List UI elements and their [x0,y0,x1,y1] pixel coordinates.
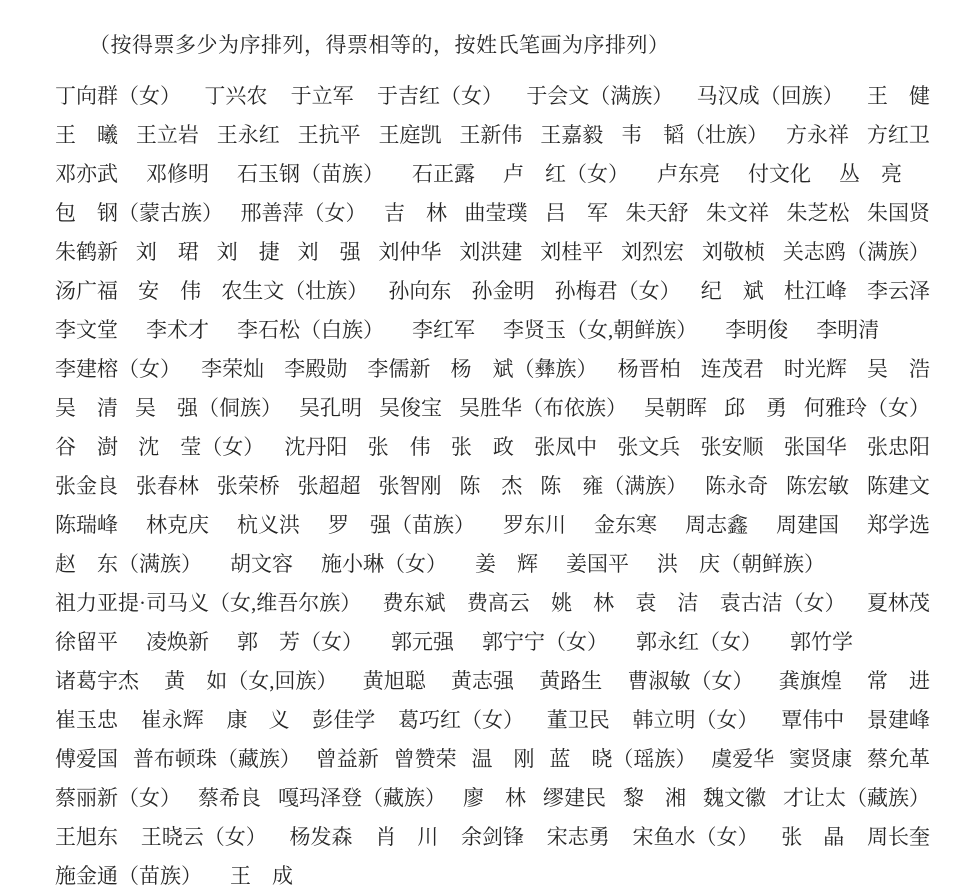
name-entry: 祖力亚提·司马义（女,维吾尔族） [55,587,361,617]
name-entry: 姜国平 [566,548,629,578]
name-entry: 陈永奇 [705,470,768,500]
name-entry: 邓修明 [146,158,209,188]
name-entry: 施小琳（女） [321,548,447,578]
name-entry: 虞爱华 [711,743,774,773]
name-entry: 杨发森 [290,821,353,851]
name-entry: 李殿勋 [284,353,347,383]
name-entry: 李贤玉（女,朝鲜族） [503,314,697,344]
name-entry: 姚 林 [551,587,614,617]
name-entry: 于吉红（女） [377,80,503,110]
name-entry: 石玉钢（苗族） [237,158,384,188]
name-row: 朱鹤新刘 珺刘 捷刘 强刘仲华刘洪建刘桂平刘烈宏刘敬桢关志鸥（满族） [55,231,930,270]
name-entry: 邢善萍（女） [241,197,367,227]
name-entry: 李明清 [816,314,879,344]
name-entry: 曲莹璞 [465,197,528,227]
name-entry: 谷 澍 [55,431,118,461]
name-entry: 杜江峰 [784,275,847,305]
name-entry: 于立军 [291,80,354,110]
name-row: 徐留平凌焕新郭 芳（女）郭元强郭宁宁（女）郭永红（女）郭竹学 [55,621,930,660]
name-row: 王旭东王晓云（女）杨发森肖 川余剑锋宋志勇宋鱼水（女）张 晶周长奎 [55,816,930,855]
name-entry: 王旭东 [55,821,118,851]
name-entry: 袁古洁（女） [720,587,846,617]
name-entry: 蔡希良 [198,782,261,812]
name-entry: 王抗平 [298,119,361,149]
name-entry: 刘 捷 [217,236,280,266]
name-entry: 彭佳学 [312,704,375,734]
name-entry: 施金通（苗族） [55,860,202,890]
name-entry: 李明俊 [725,314,788,344]
name-entry: 陈宏敏 [786,470,849,500]
name-entry: 吕 军 [545,197,608,227]
name-entry: 朱天舒 [626,197,689,227]
name-entry: 王立岩 [136,119,199,149]
name-entry: 张超超 [298,470,361,500]
name-entry: 嘎玛泽登（藏族） [278,782,446,812]
name-entry: 方红卫 [867,119,930,149]
name-entry: 徐留平 [55,626,118,656]
name-entry: 付文化 [748,158,811,188]
name-entry: 葛巧红（女） [398,704,524,734]
name-entry: 刘敬桢 [702,236,765,266]
name-entry: 周长奎 [867,821,930,851]
name-entry: 李荣灿 [201,353,264,383]
name-entry: 卢 红（女） [503,158,629,188]
name-entry: 张 政 [451,431,514,461]
name-row: 诸葛宇杰黄 如（女,回族）黄旭聪黄志强黄路生曹淑敏（女）龚旗煌常 进 [55,660,930,699]
name-entry: 马汉成（回族） [697,80,844,110]
name-entry: 张文兵 [617,431,680,461]
name-entry: 王晓云（女） [141,821,267,851]
name-row: 汤广福安 伟农生文（壮族）孙向东孙金明孙梅君（女）纪 斌杜江峰李云泽 [55,270,930,309]
name-entry: 袁 洁 [635,587,698,617]
name-entry: 罗东川 [503,509,566,539]
name-row: 施金通（苗族）王 成 [55,855,930,894]
name-entry: 张国华 [784,431,847,461]
name-entry: 赵 东（满族） [55,548,202,578]
name-entry: 张安顺 [701,431,764,461]
name-entry: 关志鸥（满族） [783,236,930,266]
name-entry: 王 健 [867,80,930,110]
name-entry: 刘桂平 [540,236,603,266]
name-entry: 崔永辉 [141,704,204,734]
name-row: 傅爱国普布顿珠（藏族）曾益新曾赞荣温 刚蓝 晓（瑶族）虞爱华窦贤康蔡允革 [55,738,930,777]
name-entry: 沈丹阳 [284,431,347,461]
name-entry: 魏文徽 [703,782,766,812]
name-entry: 刘 强 [298,236,361,266]
name-entry: 丁兴农 [204,80,267,110]
name-entry: 张春林 [136,470,199,500]
name-entry: 黄 如（女,回族） [164,665,337,695]
name-entry: 蔡丽新（女） [55,782,181,812]
name-entry: 郭元强 [391,626,454,656]
name-entry: 张荣桥 [217,470,280,500]
name-entry: 胡文容 [230,548,293,578]
name-entry: 纪 斌 [701,275,764,305]
name-entry: 丁向群（女） [55,80,181,110]
name-entry: 郭竹学 [790,626,853,656]
name-entry: 费高云 [467,587,530,617]
name-entry: 黄旭聪 [363,665,426,695]
name-entry: 陈 雍（满族） [540,470,687,500]
name-entry: 董卫民 [547,704,610,734]
name-entry: 刘烈宏 [621,236,684,266]
name-entry: 曹淑敏（女） [628,665,754,695]
name-entry: 李石松（白族） [237,314,384,344]
name-row: 李建榕（女）李荣灿李殿勋李儒新杨 斌（彝族）杨晋柏连茂君时光辉吴 浩 [55,348,930,387]
name-entry: 才让太（藏族） [783,782,930,812]
name-entry: 王嘉毅 [540,119,603,149]
name-entry: 凌焕新 [146,626,209,656]
name-entry: 丛 亮 [839,158,902,188]
name-entry: 王庭凯 [379,119,442,149]
name-entry: 龚旗煌 [779,665,842,695]
name-row: 谷 澍沈 莹（女）沈丹阳张 伟张 政张凤中张文兵张安顺张国华张忠阳 [55,426,930,465]
name-entry: 周建国 [776,509,839,539]
sort-order-note: （按得票多少为序排列，得票相等的，按姓氏笔画为序排列） [89,33,930,75]
name-entry: 韦 韬（壮族） [621,119,768,149]
name-entry: 傅爱国 [55,743,118,773]
name-entry: 王 曦 [55,119,118,149]
name-entry: 姜 辉 [475,548,538,578]
name-entry: 李儒新 [367,353,430,383]
name-entry: 常 进 [867,665,930,695]
name-entry: 包 钢（蒙古族） [55,197,223,227]
name-row: 包 钢（蒙古族）邢善萍（女）吉 林曲莹璞吕 军朱天舒朱文祥朱芝松朱国贤 [55,192,930,231]
name-entry: 吴朝晖 [644,392,707,422]
name-entry: 连茂君 [701,353,764,383]
name-entry: 刘 珺 [136,236,199,266]
name-entry: 李建榕（女） [55,353,181,383]
name-entry: 王永红 [217,119,280,149]
name-entry: 黎 湘 [623,782,686,812]
name-entry: 杨晋柏 [618,353,681,383]
name-entry: 朱芝松 [787,197,850,227]
name-row: 张金良张春林张荣桥张超超张智刚陈 杰陈 雍（满族）陈永奇陈宏敏陈建文 [55,465,930,504]
name-row: 祖力亚提·司马义（女,维吾尔族）费东斌费高云姚 林袁 洁袁古洁（女）夏林茂 [55,582,930,621]
name-entry: 朱鹤新 [55,236,118,266]
name-entry: 杨 斌（彝族） [451,353,598,383]
name-entry: 吴孔明 [299,392,362,422]
name-entry: 孙梅君（女） [555,275,681,305]
name-entry: 杭义洪 [237,509,300,539]
name-entry: 康 义 [227,704,290,734]
name-entry: 王 成 [230,860,293,890]
name-entry: 时光辉 [784,353,847,383]
name-entry: 卢东亮 [657,158,720,188]
name-entry: 郭宁宁（女） [482,626,608,656]
name-entry: 吴胜华（布依族） [459,392,627,422]
name-entry: 黄志强 [451,665,514,695]
name-entry: 蓝 晓（瑶族） [549,743,696,773]
name-entry: 李红军 [412,314,475,344]
name-row: 王 曦王立岩王永红王抗平王庭凯王新伟王嘉毅韦 韬（壮族）方永祥方红卫 [55,114,930,153]
name-entry: 石正露 [412,158,475,188]
name-entry: 李文堂 [55,314,118,344]
name-entry: 刘洪建 [459,236,522,266]
name-entry: 肖 川 [375,821,438,851]
name-entry: 诸葛宇杰 [55,665,139,695]
name-entry: 温 刚 [472,743,535,773]
name-entry: 张 伟 [368,431,431,461]
name-entry: 朱文祥 [706,197,769,227]
name-entry: 余剑锋 [461,821,524,851]
name-entry: 张智刚 [379,470,442,500]
name-entry: 朱国贤 [867,197,930,227]
name-entry: 黄路生 [539,665,602,695]
name-entry: 陈建文 [867,470,930,500]
document-page: （按得票多少为序排列，得票相等的，按姓氏笔画为序排列） 丁向群（女）丁兴农于立军… [0,0,980,894]
name-entry: 窦贤康 [789,743,852,773]
name-entry: 陈瑞峰 [55,509,118,539]
name-entry: 费东斌 [383,587,446,617]
name-entry: 罗 强（苗族） [328,509,475,539]
name-entry: 郭永红（女） [636,626,762,656]
name-entry: 张凤中 [534,431,597,461]
name-entry: 吉 林 [384,197,447,227]
name-list: 丁向群（女）丁兴农于立军于吉红（女）于会文（满族）马汉成（回族）王 健王 曦王立… [55,75,930,894]
name-entry: 吴 清 [55,392,118,422]
name-entry: 张忠阳 [867,431,930,461]
name-entry: 缪建民 [543,782,606,812]
name-entry: 方永祥 [786,119,849,149]
name-entry: 汤广福 [55,275,118,305]
name-entry: 曾赞荣 [394,743,457,773]
name-entry: 宋志勇 [547,821,610,851]
name-entry: 蔡允革 [867,743,930,773]
name-entry: 张金良 [55,470,118,500]
name-entry: 何雅玲（女） [804,392,930,422]
name-row: 陈瑞峰林克庆杭义洪罗 强（苗族）罗东川金东寒周志鑫周建国郑学选 [55,504,930,543]
name-entry: 普布顿珠（藏族） [133,743,301,773]
name-entry: 崔玉忠 [55,704,118,734]
name-entry: 张 晶 [781,821,844,851]
name-entry: 宋鱼水（女） [633,821,759,851]
name-entry: 邱 勇 [724,392,787,422]
name-row: 李文堂李术才李石松（白族）李红军李贤玉（女,朝鲜族）李明俊李明清 [55,309,930,348]
name-entry: 夏林茂 [867,587,930,617]
name-entry: 孙向东 [388,275,451,305]
name-entry: 陈 杰 [459,470,522,500]
name-entry: 廖 林 [463,782,526,812]
name-entry: 沈 莹（女） [138,431,264,461]
name-entry: 孙金明 [472,275,535,305]
name-entry: 洪 庆（朝鲜族） [657,548,825,578]
name-entry: 邓亦武 [55,158,118,188]
name-row: 崔玉忠崔永辉康 义彭佳学葛巧红（女）董卫民韩立明（女）覃伟中景建峰 [55,699,930,738]
name-entry: 周志鑫 [685,509,748,539]
name-entry: 覃伟中 [781,704,844,734]
name-entry: 吴 强（侗族） [135,392,282,422]
name-entry: 安 伟 [138,275,201,305]
name-entry: 景建峰 [867,704,930,734]
name-row: 邓亦武邓修明石玉钢（苗族）石正露卢 红（女）卢东亮付文化丛 亮 [55,153,930,192]
name-entry: 李云泽 [867,275,930,305]
name-entry: 于会文（满族） [526,80,673,110]
name-row: 蔡丽新（女）蔡希良嘎玛泽登（藏族）廖 林缪建民黎 湘魏文徽才让太（藏族） [55,777,930,816]
name-entry: 郭 芳（女） [237,626,363,656]
name-entry: 曾益新 [316,743,379,773]
name-entry: 吴俊宝 [379,392,442,422]
name-entry: 林克庆 [146,509,209,539]
name-row: 吴 清吴 强（侗族）吴孔明吴俊宝吴胜华（布依族）吴朝晖邱 勇何雅玲（女） [55,387,930,426]
name-entry: 李术才 [146,314,209,344]
name-entry: 韩立明（女） [633,704,759,734]
name-entry: 吴 浩 [867,353,930,383]
name-entry: 金东寒 [594,509,657,539]
name-entry: 刘仲华 [379,236,442,266]
name-entry: 王新伟 [459,119,522,149]
name-row: 丁向群（女）丁兴农于立军于吉红（女）于会文（满族）马汉成（回族）王 健 [55,75,930,114]
name-row: 赵 东（满族）胡文容施小琳（女）姜 辉姜国平洪 庆（朝鲜族） [55,543,930,582]
name-entry: 郑学选 [867,509,930,539]
name-entry: 农生文（壮族） [221,275,368,305]
